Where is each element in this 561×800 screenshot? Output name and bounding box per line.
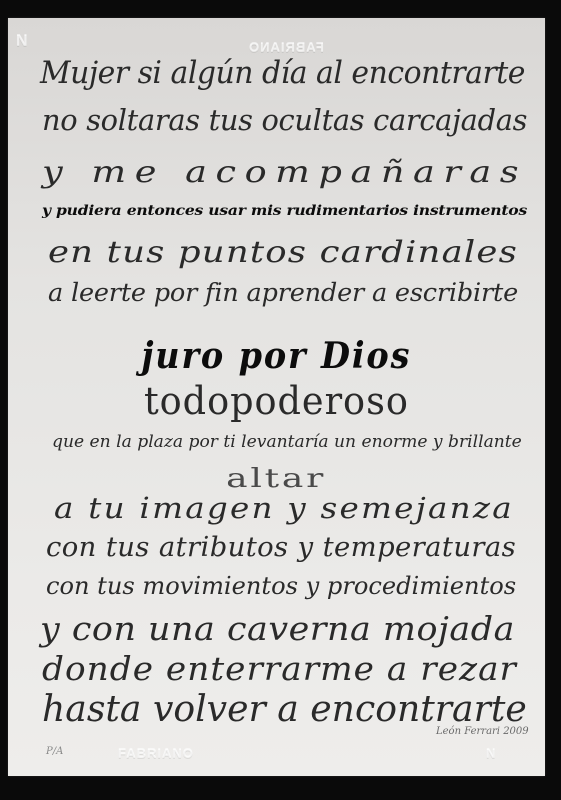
poem-line-8: todopoderoso: [8, 382, 545, 420]
poem-line-text: a leerte por fin aprender a escribirte: [48, 280, 518, 305]
artist-signature: León Ferrari 2009: [436, 726, 529, 737]
poem-line-text: y me acompañaras: [42, 158, 527, 188]
poem-line-text: altar: [226, 466, 326, 492]
poem-line-text: que en la plaza por ti levantaría un eno…: [52, 434, 522, 451]
poem-line-13: con tus movimientos y procedimientos: [46, 574, 561, 598]
poem-line-text: todopoderoso: [144, 382, 409, 420]
poem-line-15: donde enterrarme a rezar: [42, 652, 561, 685]
poem-line-text: juro por Dios: [142, 338, 412, 374]
poem-line-text: y con una caverna mojada: [40, 612, 515, 645]
poem-line-1: Mujer si algún día al encontrarte: [40, 58, 520, 89]
poem-line-text: Mujer si algún día al encontrarte: [40, 58, 525, 89]
poem-line-9: que en la plaza por ti levantaría un eno…: [52, 434, 561, 451]
poem-line-5: en tus puntos cardinales: [48, 238, 561, 268]
poem-line-14: y con una caverna mojada: [40, 612, 561, 645]
poem-line-16: hasta volver a encontrarte: [42, 692, 561, 728]
poem-line-text: donde enterrarme a rezar: [42, 652, 517, 685]
poem-line-12: con tus atributos y temperaturas: [46, 534, 561, 562]
poem-line-6: a leerte por fin aprender a escribirte: [48, 280, 561, 305]
emboss-watermark-top: FABRIANO: [248, 40, 324, 55]
poem-line-text: en tus puntos cardinales: [48, 238, 518, 268]
poem-line-text: hasta volver a encontrarte: [42, 692, 527, 728]
poem-line-10: altar: [8, 466, 545, 492]
poem-line-text: con tus atributos y temperaturas: [46, 534, 516, 562]
poem-line-text: y pudiera entonces usar mis rudimentario…: [42, 204, 527, 218]
poem-line-3: y me acompañaras: [42, 158, 561, 188]
emboss-watermark-bottom: FABRIANO: [118, 746, 194, 761]
poem-line-2: no soltaras tus ocultas carcajadas: [42, 106, 561, 135]
poem-line-7: juro por Dios: [8, 338, 545, 374]
poem-line-11: a tu imagen y semejanza: [54, 494, 561, 523]
emboss-logo-top-left: N: [16, 33, 29, 51]
poem-line-text: con tus movimientos y procedimientos: [46, 574, 516, 598]
poem-line-text: no soltaras tus ocultas carcajadas: [42, 106, 527, 135]
poem-line-4: y pudiera entonces usar mis rudimentario…: [42, 204, 561, 218]
poem-line-text: a tu imagen y semejanza: [54, 494, 514, 523]
paper-sheet: N FABRIANO FABRIANO N Mujer si algún día…: [8, 18, 545, 776]
emboss-logo-bottom-right: N: [486, 746, 496, 761]
edition-mark: P/A: [46, 746, 63, 757]
